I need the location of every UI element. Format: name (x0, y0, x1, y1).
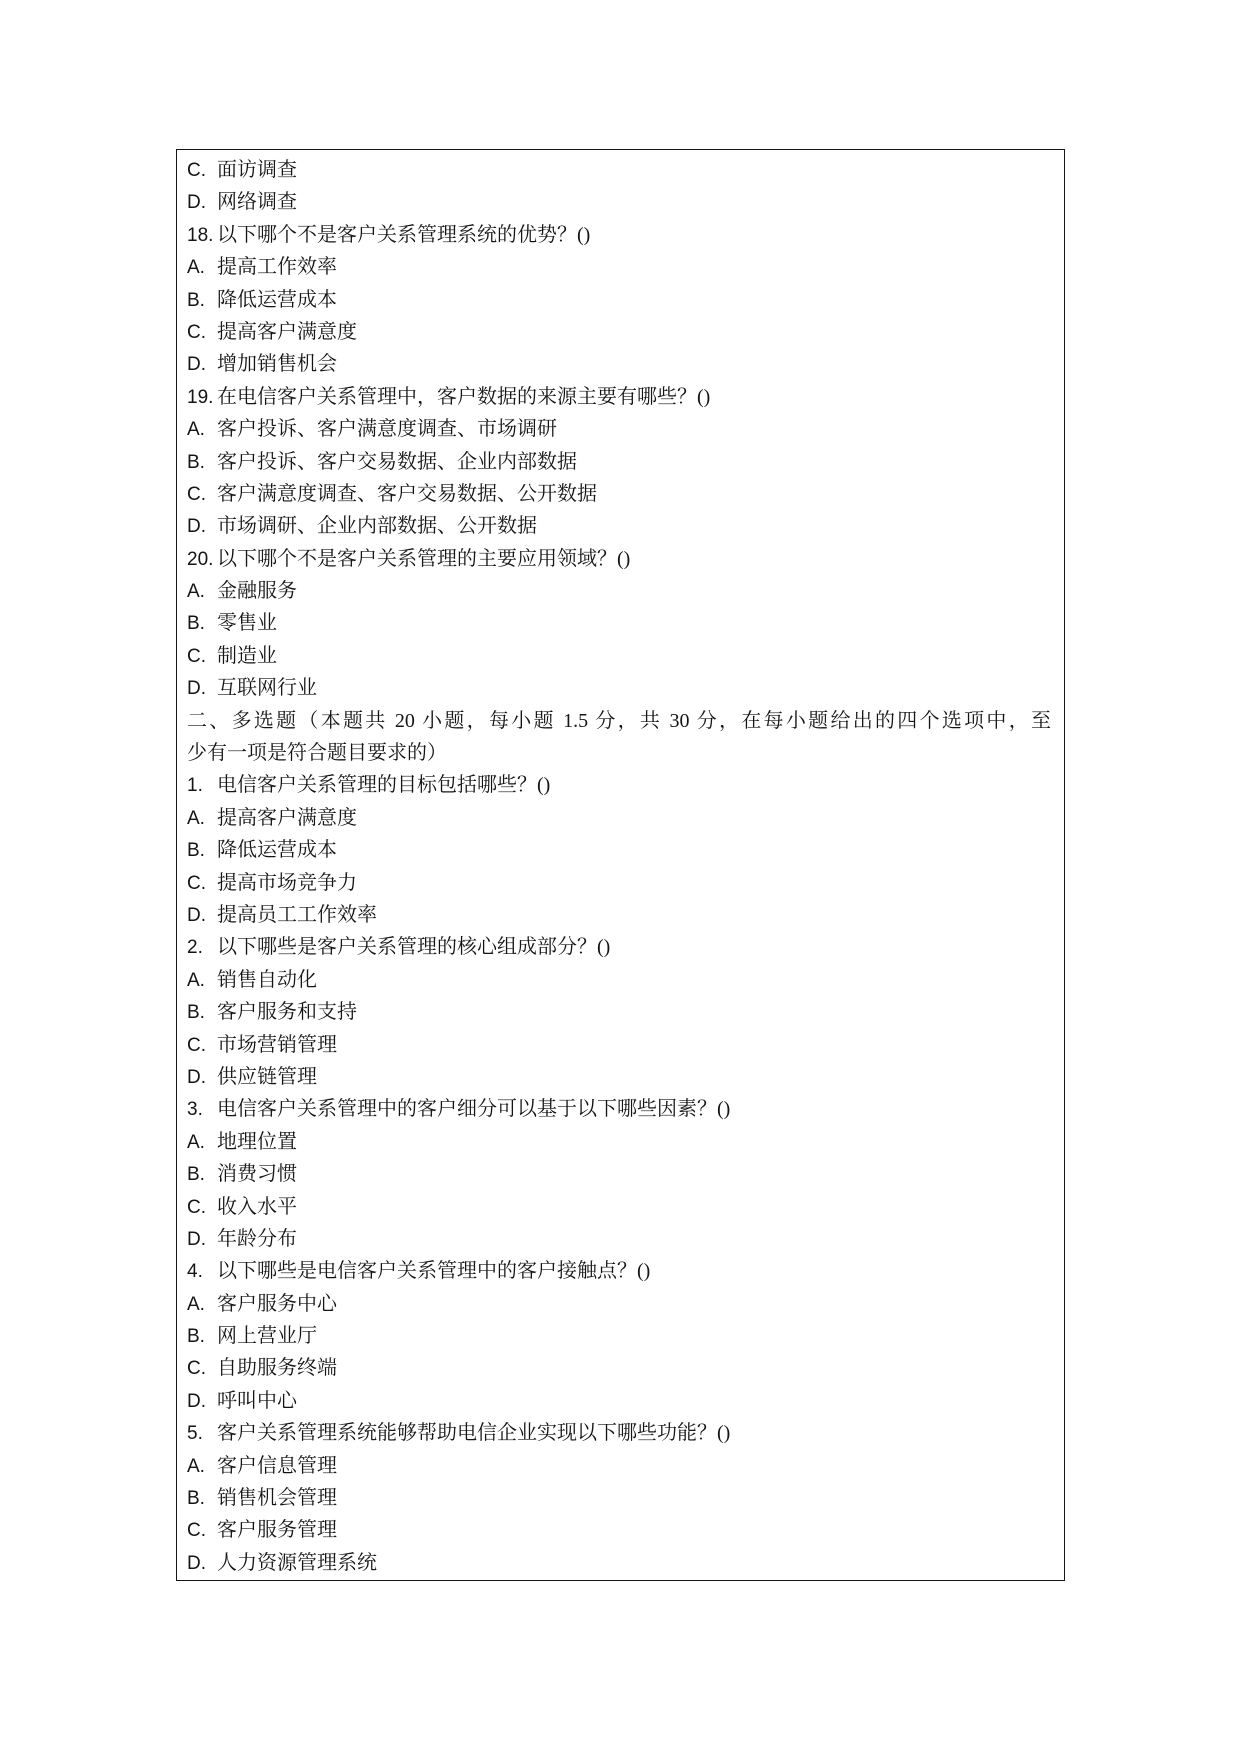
option-letter: A. (187, 1289, 217, 1321)
option-line: B.网上营业厅 (187, 1320, 1051, 1352)
question-line: 19.在电信客户关系管理中，客户数据的来源主要有哪些？() (187, 381, 1051, 413)
line-text: 提高客户满意度 (217, 807, 357, 829)
option-line: A.销售自动化 (187, 964, 1051, 996)
line-text: 降低运营成本 (217, 289, 337, 311)
question-number: 18. (187, 220, 217, 252)
option-letter: B. (187, 1483, 217, 1515)
option-line: C.提高客户满意度 (187, 316, 1051, 348)
option-line: D.互联网行业 (187, 672, 1051, 704)
question-line: 1.电信客户关系管理的目标包括哪些？() (187, 769, 1051, 801)
line-text: 提高员工工作效率 (217, 904, 377, 926)
question-number: 3. (187, 1094, 217, 1126)
question-line: 18.以下哪个不是客户关系管理系统的优势？() (187, 219, 1051, 251)
line-text: 地理位置 (217, 1131, 297, 1153)
line-text: 年龄分布 (217, 1228, 297, 1250)
line-text: 少有一项是符合题目要求的） (187, 742, 447, 764)
option-letter: A. (187, 803, 217, 835)
line-text: 客户信息管理 (217, 1455, 337, 1477)
line-text: 降低运营成本 (217, 839, 337, 861)
option-letter: C. (187, 1030, 217, 1062)
option-letter: D. (187, 349, 217, 381)
section-header-line: 少有一项是符合题目要求的） (187, 737, 1051, 769)
option-line: D.呼叫中心 (187, 1385, 1051, 1417)
question-number: 5. (187, 1418, 217, 1450)
question-number: 4. (187, 1256, 217, 1288)
question-line: 4.以下哪些是电信客户关系管理中的客户接触点？() (187, 1255, 1051, 1287)
option-line: B.零售业 (187, 607, 1051, 639)
option-line: A.客户服务中心 (187, 1288, 1051, 1320)
line-text: 电信客户关系管理的目标包括哪些？() (217, 774, 550, 796)
option-letter: B. (187, 997, 217, 1029)
line-text: 在电信客户关系管理中，客户数据的来源主要有哪些？() (217, 386, 710, 408)
question-frame: C.面访调查D.网络调查18.以下哪个不是客户关系管理系统的优势？()A.提高工… (176, 149, 1065, 1581)
line-text: 客户满意度调查、客户交易数据、公开数据 (217, 483, 597, 505)
document-page: C.面访调查D.网络调查18.以下哪个不是客户关系管理系统的优势？()A.提高工… (0, 0, 1240, 1753)
option-line: D.供应链管理 (187, 1061, 1051, 1093)
option-line: B.客户投诉、客户交易数据、企业内部数据 (187, 446, 1051, 478)
line-text: 网上营业厅 (217, 1325, 317, 1347)
option-line: B.客户服务和支持 (187, 996, 1051, 1028)
option-letter: D. (187, 1386, 217, 1418)
line-text: 客户投诉、客户满意度调查、市场调研 (217, 418, 557, 440)
option-letter: D. (187, 1062, 217, 1094)
question-line: 2.以下哪些是客户关系管理的核心组成部分？() (187, 931, 1051, 963)
option-letter: B. (187, 447, 217, 479)
option-letter: C. (187, 868, 217, 900)
option-letter: A. (187, 414, 217, 446)
line-text: 客户服务和支持 (217, 1001, 357, 1023)
option-line: D.人力资源管理系统 (187, 1547, 1051, 1579)
option-line: D.提高员工工作效率 (187, 899, 1051, 931)
option-line: D.年龄分布 (187, 1223, 1051, 1255)
line-text: 客户服务管理 (217, 1519, 337, 1541)
line-text: 人力资源管理系统 (217, 1552, 377, 1574)
option-letter: D. (187, 1224, 217, 1256)
option-line: A.客户投诉、客户满意度调查、市场调研 (187, 413, 1051, 445)
option-line: A.提高客户满意度 (187, 802, 1051, 834)
line-text: 市场营销管理 (217, 1034, 337, 1056)
line-text: 增加销售机会 (217, 353, 337, 375)
option-letter: B. (187, 1321, 217, 1353)
option-letter: B. (187, 835, 217, 867)
question-number: 19. (187, 382, 217, 414)
option-letter: D. (187, 900, 217, 932)
line-text: 提高市场竞争力 (217, 872, 357, 894)
option-letter: A. (187, 252, 217, 284)
option-line: A.金融服务 (187, 575, 1051, 607)
question-line: 5.客户关系管理系统能够帮助电信企业实现以下哪些功能？() (187, 1417, 1051, 1449)
option-letter: A. (187, 1127, 217, 1159)
option-line: C.市场营销管理 (187, 1029, 1051, 1061)
option-line: B.消费习惯 (187, 1158, 1051, 1190)
option-line: C.制造业 (187, 640, 1051, 672)
option-line: B.销售机会管理 (187, 1482, 1051, 1514)
line-text: 提高客户满意度 (217, 321, 357, 343)
line-text: 客户投诉、客户交易数据、企业内部数据 (217, 451, 577, 473)
line-text: 消费习惯 (217, 1163, 297, 1185)
line-text: 提高工作效率 (217, 256, 337, 278)
option-letter: B. (187, 608, 217, 640)
line-text: 自助服务终端 (217, 1357, 337, 1379)
option-letter: C. (187, 641, 217, 673)
option-line: A.客户信息管理 (187, 1450, 1051, 1482)
line-text: 面访调查 (217, 159, 297, 181)
line-text: 以下哪些是电信客户关系管理中的客户接触点？() (217, 1260, 650, 1282)
option-letter: C. (187, 1515, 217, 1547)
section-header-line: 二、多选题（本题共 20 小题，每小题 1.5 分，共 30 分，在每小题给出的… (187, 705, 1051, 737)
option-line: C.面访调查 (187, 154, 1051, 186)
option-line: C.收入水平 (187, 1191, 1051, 1223)
option-letter: A. (187, 576, 217, 608)
line-text: 市场调研、企业内部数据、公开数据 (217, 515, 537, 537)
option-letter: B. (187, 285, 217, 317)
line-text: 销售机会管理 (217, 1487, 337, 1509)
option-letter: A. (187, 965, 217, 997)
question-line: 3.电信客户关系管理中的客户细分可以基于以下哪些因素？() (187, 1093, 1051, 1125)
line-text: 收入水平 (217, 1196, 297, 1218)
line-text: 电信客户关系管理中的客户细分可以基于以下哪些因素？() (217, 1098, 730, 1120)
option-letter: C. (187, 1353, 217, 1385)
option-line: C.提高市场竞争力 (187, 867, 1051, 899)
line-text: 金融服务 (217, 580, 297, 602)
option-line: A.提高工作效率 (187, 251, 1051, 283)
question-line: 20.以下哪个不是客户关系管理的主要应用领域？() (187, 543, 1051, 575)
option-letter: C. (187, 1192, 217, 1224)
option-letter: D. (187, 187, 217, 219)
line-text: 供应链管理 (217, 1066, 317, 1088)
line-text: 销售自动化 (217, 969, 317, 991)
option-line: D.市场调研、企业内部数据、公开数据 (187, 510, 1051, 542)
option-line: C.自助服务终端 (187, 1352, 1051, 1384)
option-line: C.客户满意度调查、客户交易数据、公开数据 (187, 478, 1051, 510)
option-letter: D. (187, 511, 217, 543)
line-text: 二、多选题（本题共 20 小题，每小题 1.5 分，共 30 分，在每小题给出的… (187, 710, 1051, 732)
option-line: D.网络调查 (187, 186, 1051, 218)
line-text: 客户服务中心 (217, 1293, 337, 1315)
option-letter: B. (187, 1159, 217, 1191)
line-text: 以下哪些是客户关系管理的核心组成部分？() (217, 936, 610, 958)
line-text: 呼叫中心 (217, 1390, 297, 1412)
line-text: 以下哪个不是客户关系管理的主要应用领域？() (217, 548, 630, 570)
option-letter: D. (187, 673, 217, 705)
line-text: 制造业 (217, 645, 277, 667)
option-letter: C. (187, 155, 217, 187)
option-line: B.降低运营成本 (187, 284, 1051, 316)
option-line: A.地理位置 (187, 1126, 1051, 1158)
question-number: 2. (187, 932, 217, 964)
option-line: B.降低运营成本 (187, 834, 1051, 866)
option-letter: A. (187, 1451, 217, 1483)
option-line: C.客户服务管理 (187, 1514, 1051, 1546)
question-number: 1. (187, 770, 217, 802)
document-lines: C.面访调查D.网络调查18.以下哪个不是客户关系管理系统的优势？()A.提高工… (177, 150, 1064, 1579)
question-number: 20. (187, 544, 217, 576)
line-text: 互联网行业 (217, 677, 317, 699)
line-text: 网络调查 (217, 191, 297, 213)
line-text: 以下哪个不是客户关系管理系统的优势？() (217, 224, 590, 246)
option-letter: C. (187, 317, 217, 349)
line-text: 零售业 (217, 612, 277, 634)
option-line: D.增加销售机会 (187, 348, 1051, 380)
option-letter: C. (187, 479, 217, 511)
line-text: 客户关系管理系统能够帮助电信企业实现以下哪些功能？() (217, 1422, 730, 1444)
option-letter: D. (187, 1548, 217, 1580)
